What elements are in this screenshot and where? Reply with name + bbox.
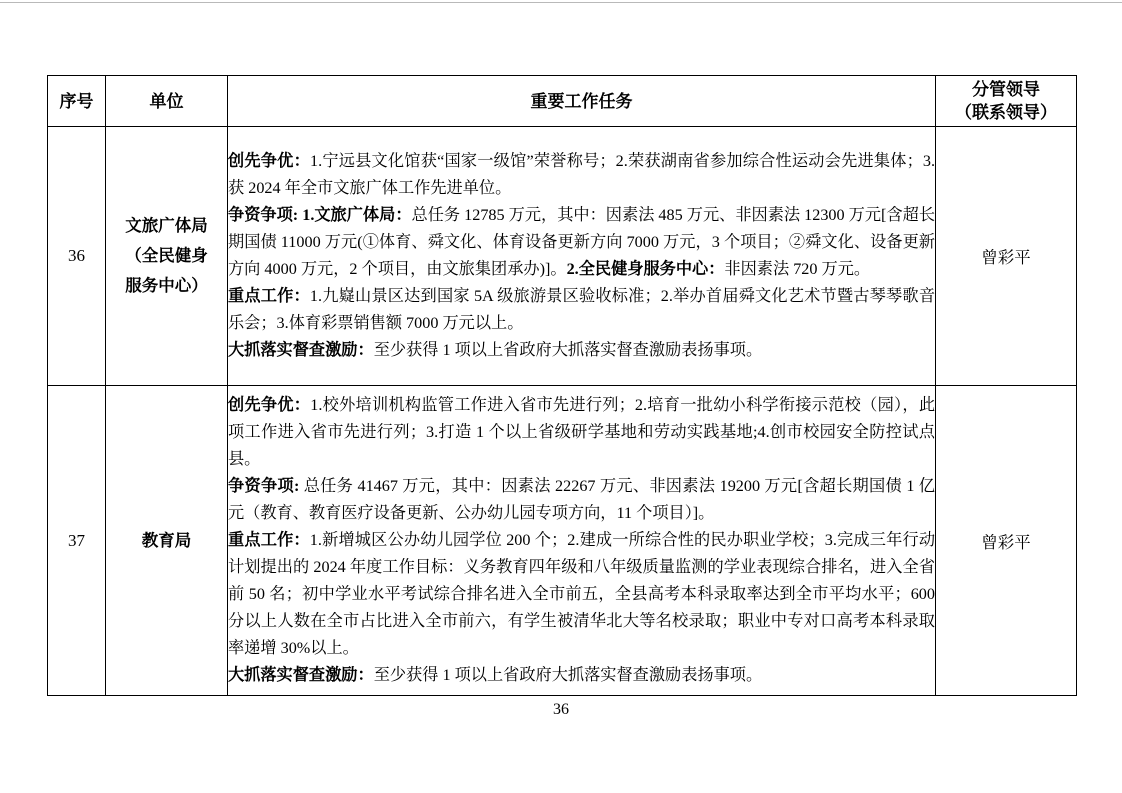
leader-name-cell: 曾彩平: [936, 127, 1077, 386]
table-row-37: 37 教育局 创先争优：1.校外培训机构监管工作进入省市先进行列；2.培育一批幼…: [48, 386, 1077, 696]
document-page: 序号 单位 重要工作任务 分管领导 （联系领导） 36 文旅广体局 （全民健身 …: [0, 0, 1122, 793]
table-header-row: 序号 单位 重要工作任务 分管领导 （联系领导）: [48, 76, 1077, 127]
header-leader-label-line2: （联系领导）: [936, 101, 1076, 124]
header-cell-leader: 分管领导 （联系领导）: [936, 76, 1077, 127]
header-cell-task: 重要工作任务: [228, 76, 936, 127]
header-serial-label: 序号: [60, 92, 94, 111]
header-leader-label-line1: 分管领导: [936, 78, 1076, 101]
header-cell-serial: 序号: [48, 76, 106, 127]
table-row-36: 36 文旅广体局 （全民健身 服务中心） 创先争优：1.宁远县文化馆获“国家一级…: [48, 127, 1077, 386]
header-unit-label: 单位: [150, 92, 184, 111]
tasks-cell: 创先争优：1.校外培训机构监管工作进入省市先进行列；2.培育一批幼小科学衔接示范…: [228, 386, 936, 696]
page-number: 36: [0, 701, 1122, 719]
tasks-cell: 创先争优：1.宁远县文化馆获“国家一级馆”荣誉称号；2.荣获湖南省参加综合性运动…: [228, 127, 936, 386]
header-task-label: 重要工作任务: [531, 92, 633, 111]
leader-name-cell: 曾彩平: [936, 386, 1077, 696]
unit-name-cell: 教育局: [106, 386, 228, 696]
work-task-table: 序号 单位 重要工作任务 分管领导 （联系领导） 36 文旅广体局 （全民健身 …: [47, 75, 1077, 696]
header-cell-unit: 单位: [106, 76, 228, 127]
serial-number-cell: 36: [48, 127, 106, 386]
serial-number-cell: 37: [48, 386, 106, 696]
scan-edge-line: [0, 2, 1122, 3]
unit-name-cell: 文旅广体局 （全民健身 服务中心）: [106, 127, 228, 386]
